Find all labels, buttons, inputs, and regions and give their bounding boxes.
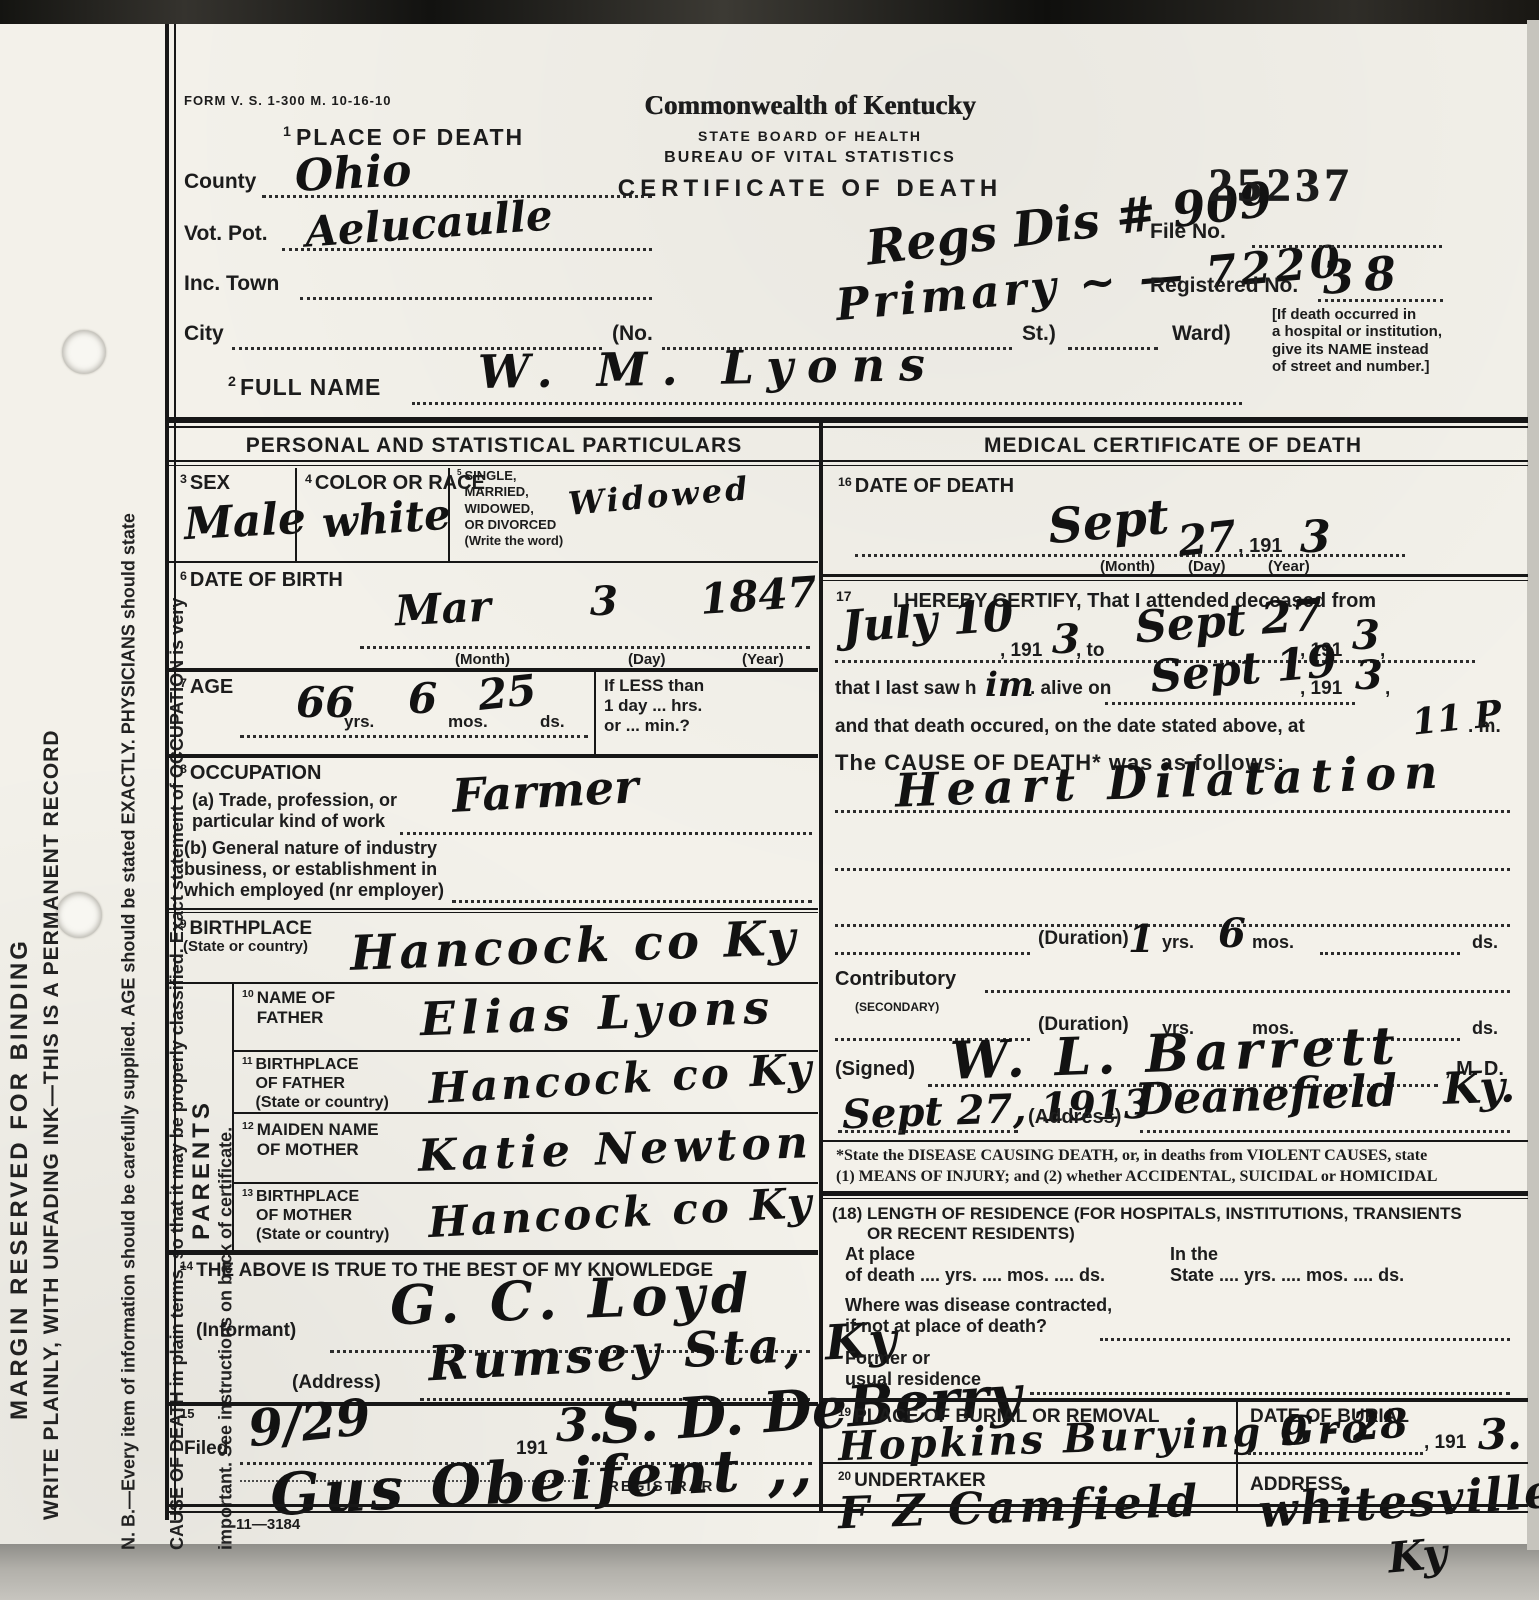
full-name-heading: 2FULL NAME xyxy=(228,374,381,401)
former-residence-line xyxy=(1030,1390,1510,1395)
birthplace-value: Hancock co Ky xyxy=(349,914,800,978)
file-no-line xyxy=(1252,243,1442,248)
parents-cell-divider xyxy=(232,982,234,1252)
last-year-value: 3 xyxy=(1355,656,1383,696)
signed-label: (Signed) xyxy=(835,1058,915,1082)
margin-nb-line1: N. B.—Every item of information should b… xyxy=(118,513,138,1550)
dob-day-sub: (Day) xyxy=(628,651,666,669)
registered-no-value: 38 xyxy=(1320,249,1407,301)
titles-bottom-rule-a xyxy=(168,460,1528,462)
in-state-label: In the State .... yrs. .... mos. .... ds… xyxy=(1170,1244,1404,1286)
margin-write-plainly-text: WRITE PLAINLY, WITH UNFADING INK—THIS IS… xyxy=(40,280,64,1520)
filed-label: Filed xyxy=(184,1438,228,1460)
residence-bottom-rule xyxy=(823,1398,1528,1402)
undertaker-value: F Z Camfield xyxy=(837,1480,1202,1537)
occupation-label: 8OCCUPATION xyxy=(180,762,321,786)
secondary-label: (SECONDARY) xyxy=(855,1000,939,1014)
contributory-line xyxy=(985,988,1510,993)
age-if-less-label: If LESS than 1 day ... hrs. or ... min.? xyxy=(604,676,704,736)
dob-year-sub: (Year) xyxy=(742,651,784,669)
personal-section-title: PERSONAL AND STATISTICAL PARTICULARS xyxy=(170,434,818,459)
item15-num: 15 xyxy=(180,1406,194,1421)
form-number: 11—3184 xyxy=(236,1516,300,1534)
dob-label: 6DATE OF BIRTH xyxy=(180,569,343,593)
contributory-label: Contributory xyxy=(835,968,956,992)
titles-bottom-rule-b xyxy=(168,465,1528,466)
scan-bottom-edge xyxy=(0,1544,1539,1600)
duration-ds-line xyxy=(1320,950,1460,955)
last-comma: , xyxy=(1385,678,1390,700)
contracted-label: Where was disease contracted, if not at … xyxy=(845,1295,1112,1337)
duration-yrs-value: 1 xyxy=(1128,920,1154,958)
dob-year-value: 1847 xyxy=(699,571,819,621)
occupation-bottom-rule-a xyxy=(168,908,818,910)
burial-date-value: 9 - 28 xyxy=(1279,1404,1409,1453)
duration-mos-value: 6 xyxy=(1218,914,1246,954)
file-no-label: File No. xyxy=(1150,220,1226,245)
scan-top-edge xyxy=(0,0,1539,24)
occupation-a-line xyxy=(400,830,812,835)
contracted-line xyxy=(1100,1336,1510,1341)
form-border-left-outer xyxy=(165,24,169,1520)
age-line xyxy=(240,733,588,738)
dod-year-printed: , 191 xyxy=(1238,535,1282,559)
occupation-a-value: Farmer xyxy=(451,763,640,819)
city-st-label: St.) xyxy=(1022,322,1056,347)
parents-bottom-rule xyxy=(168,1250,818,1255)
sex-race-divider xyxy=(295,468,297,562)
footnote-bottom-rule-a xyxy=(823,1191,1528,1196)
mother-bp-value: Hancock co Ky xyxy=(427,1182,815,1244)
bureau-subtitle: BUREAU OF VITAL STATISTICS xyxy=(620,149,1000,168)
duration-ds-label: ds. xyxy=(1472,932,1498,953)
physician-addr-value: Deanefield Ky. xyxy=(1134,1065,1515,1122)
file-no-stamp: 25237 xyxy=(1208,158,1353,215)
duration2-ds-label: ds. xyxy=(1472,1018,1498,1039)
dod-month-value: Sept xyxy=(1046,493,1171,551)
row1-bottom-rule xyxy=(168,561,818,563)
dod-bottom-rule-b xyxy=(823,580,1528,581)
father-bp-value: Hancock co Ky xyxy=(427,1048,815,1110)
full-name-num: 2 xyxy=(228,374,237,390)
footnote-bottom-rule-b xyxy=(823,1198,1528,1199)
duration-label: (Duration) xyxy=(1038,928,1129,950)
burial-year-value: 3. xyxy=(1478,1414,1522,1456)
place-of-death-num: 1 xyxy=(283,124,293,140)
form-bottom-rule-a xyxy=(168,1504,1528,1507)
form-border-left-inner xyxy=(174,24,176,1520)
dob-month-sub: (Month) xyxy=(455,651,510,669)
dob-line xyxy=(360,644,810,649)
city-ward-label: Ward) xyxy=(1172,322,1231,347)
medical-section-title: MEDICAL CERTIFICATE OF DEATH xyxy=(823,434,1523,459)
last-saw-label: that I last saw h xyxy=(835,678,976,700)
dod-label: 16DATE OF DEATH xyxy=(838,475,1014,499)
last-seen-line xyxy=(1105,700,1355,705)
body-top-rule-thick xyxy=(168,417,1528,423)
filed-date-value: 9/29 xyxy=(246,1392,373,1455)
dob-month-value: Mar xyxy=(394,586,492,633)
death-time-m-label: . m. xyxy=(1468,716,1501,738)
mother-bp-label: 13BIRTHPLACE OF MOTHER (State or country… xyxy=(242,1188,389,1245)
informant-label: (Informant) xyxy=(196,1320,296,1342)
at-place-label: At place of death .... yrs. .... mos. ..… xyxy=(845,1244,1105,1286)
inc-town-label: Inc. Town xyxy=(184,272,279,297)
age-cell-divider xyxy=(594,668,596,754)
race-marital-divider xyxy=(448,468,450,562)
father-bp-row-rule xyxy=(233,1112,818,1114)
age-ds-label: ds. xyxy=(540,712,565,732)
sex-label: 3SEX xyxy=(180,472,230,496)
occupation-b-label: (b) General nature of industry business,… xyxy=(184,838,444,902)
cause-footnote-line2: (1) MEANS OF INJURY; and (2) whether ACC… xyxy=(836,1168,1437,1187)
certificate-title: CERTIFICATE OF DEATH xyxy=(600,175,1020,203)
scan-right-edge xyxy=(1527,20,1539,1550)
margin-binding-text: MARGIN RESERVED FOR BINDING xyxy=(6,170,34,1420)
hospital-note: [If death occurred in a hospital or inst… xyxy=(1272,306,1442,375)
undertaker-addr2-value: Ky xyxy=(1386,1533,1448,1580)
burial-year-printed: , 191 xyxy=(1424,1432,1466,1454)
dod-bottom-rule-a xyxy=(823,574,1528,577)
full-name-value: W. M. Lyons xyxy=(478,341,940,395)
sex-value: Male xyxy=(183,497,307,547)
state-board-subtitle: STATE BOARD OF HEALTH xyxy=(640,128,980,145)
duration-lead-line xyxy=(835,950,1030,955)
full-name-line xyxy=(412,400,1242,405)
filed-year-value: 3. xyxy=(556,1402,604,1448)
physician-addr-line xyxy=(1140,1128,1510,1133)
city-label: City xyxy=(184,322,224,347)
dob-day-value: 3 xyxy=(590,582,618,622)
residence-label: (18) LENGTH OF RESIDENCE (FOR HOSPITALS,… xyxy=(832,1204,1462,1244)
body-top-rule-thin xyxy=(168,426,1528,428)
vot-pct-value: Aelucaulle xyxy=(304,194,554,253)
him-value: im xyxy=(985,668,1034,702)
signed-bottom-rule xyxy=(823,1140,1528,1142)
signed-date-line xyxy=(838,1128,1018,1133)
cause-footnote-line1: *State the DISEASE CAUSING DEATH, or, in… xyxy=(836,1147,1427,1166)
dod-day-value: 27 xyxy=(1176,515,1239,563)
mother-name-value: Katie Newton xyxy=(417,1121,813,1179)
registered-no-label: Registered No. xyxy=(1150,274,1298,299)
birthplace-sub-label: (State or country) xyxy=(183,938,308,956)
dod-year-value: 3 xyxy=(1300,516,1331,560)
last-year-printed: , 191 xyxy=(1300,678,1342,700)
vot-pct-label: Vot. Pot. xyxy=(184,222,268,247)
occupation-a-label: (a) Trade, profession, or particular kin… xyxy=(192,790,397,832)
age-days-value: 25 xyxy=(476,669,539,717)
city-st-line xyxy=(1068,345,1158,350)
death-certificate-scan: MARGIN RESERVED FOR BINDING WRITE PLAINL… xyxy=(0,0,1539,1600)
marital-value: Widowed xyxy=(567,472,752,520)
cause-line-3 xyxy=(835,922,1510,927)
cause-line-2 xyxy=(835,866,1510,871)
age-bottom-rule xyxy=(168,754,818,758)
to-year-value: 3 xyxy=(1352,616,1380,656)
form-code: FORM V. S. 1-300 M. 10-16-10 xyxy=(184,93,391,108)
physician-addr-label: (Address) xyxy=(1028,1106,1121,1130)
form-bottom-rule-b xyxy=(168,1511,1528,1513)
county-value: Ohio xyxy=(294,149,413,199)
county-label: County xyxy=(184,170,256,195)
father-bp-label: 11BIRTHPLACE OF FATHER (State or country… xyxy=(242,1056,389,1113)
attended-from-value: July 10 xyxy=(841,594,1015,650)
parents-label: PARENTS xyxy=(188,1010,216,1240)
inc-town-line xyxy=(300,295,652,300)
duration-mos-label: mos. xyxy=(1252,932,1294,953)
burial-bottom-rule xyxy=(823,1462,1528,1464)
burial-date-line xyxy=(1248,1450,1423,1455)
age-yrs-label: yrs. xyxy=(344,712,374,732)
occupation-b-line xyxy=(452,898,812,903)
marital-label: 5SINGLE, MARRIED, WIDOWED, OR DIVORCED (… xyxy=(457,468,563,549)
former-residence-label: Former or usual residence xyxy=(845,1348,981,1390)
occurred-label: and that death occured, on the date stat… xyxy=(835,716,1305,738)
alive-on-label: . alive on xyxy=(1030,678,1111,700)
age-label: 7AGE xyxy=(180,676,233,700)
commonwealth-title: Commonwealth of Kentucky xyxy=(590,90,1030,122)
father-name-value: Elias Lyons xyxy=(419,984,776,1042)
race-value: white xyxy=(321,494,452,545)
father-name-label: 10NAME OF FATHER xyxy=(242,988,335,1028)
age-months-value: 6 xyxy=(408,678,437,720)
mother-name-label: 12MAIDEN NAME OF MOTHER xyxy=(242,1120,379,1160)
duration-yrs-label: yrs. xyxy=(1162,932,1194,953)
